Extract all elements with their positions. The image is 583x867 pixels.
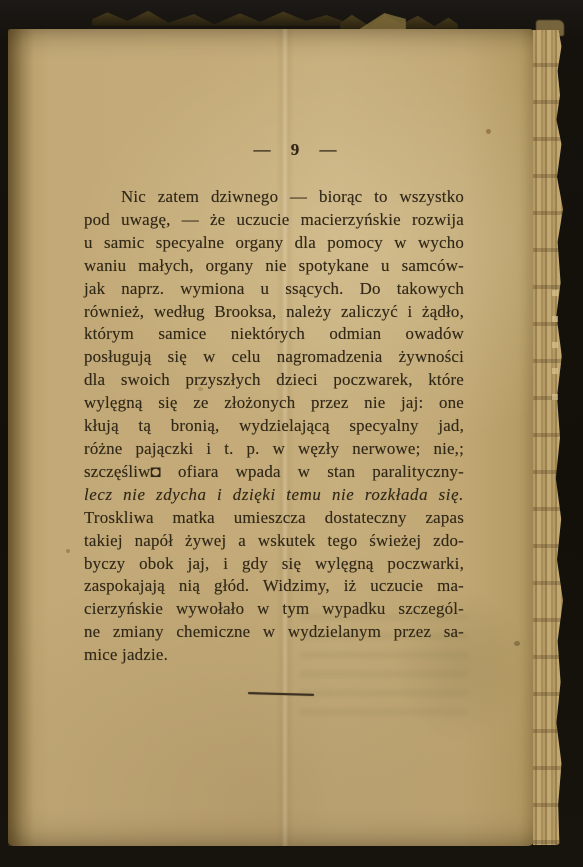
page-number: — 9 — <box>106 140 486 160</box>
text-line: którym samice niektórych odmian owadów <box>84 323 464 346</box>
body-text: Nic zatem dziwnego — biorąc to wszystkop… <box>84 186 464 667</box>
text-line: różne pajączki i t. p. w węzły nerwowe; … <box>84 438 464 461</box>
text-line: Troskliwa matka umieszcza dostateczny za… <box>84 507 464 530</box>
paper-speck <box>486 129 491 134</box>
text-line: u samic specyalne organy dla pomocy w wy… <box>84 232 464 255</box>
paper-speck <box>514 641 520 646</box>
torn-paper-debris <box>358 10 406 30</box>
text-line: ne zmiany chemiczne w wydzielanym przez … <box>84 621 464 644</box>
text-line: cierzyńskie wywołało w tym wypadku szcze… <box>84 598 464 621</box>
book-page: — 9 — Nic zatem dziwnego — biorąc to wsz… <box>8 29 536 846</box>
text-line: Nic zatem dziwnego — biorąc to wszystko <box>84 186 464 209</box>
text-line: szczęśliw◘ ofiara wpada w stan paralityc… <box>84 461 464 484</box>
text-line: wylęgną się ze złożonych przez nie jaj: … <box>84 392 464 415</box>
text-line: posługują się w celu nagromadzenia żywno… <box>84 346 464 369</box>
scanned-book-photo: — 9 — Nic zatem dziwnego — biorąc to wsz… <box>0 0 583 867</box>
paper-speck <box>66 549 70 553</box>
page-edges-stack <box>533 30 563 845</box>
gutter-shadow <box>8 29 34 846</box>
text-line: waniu małych, organy nie spotykane u sam… <box>84 255 464 278</box>
text-line: również, według Brooksa, należy zaliczyć… <box>84 301 464 324</box>
text-line: lecz nie zdycha i dzięki temu nie rozkła… <box>84 484 464 507</box>
text-line: kłują tą bronią, wydzielającą specyalny … <box>84 415 464 438</box>
text-line: takiej napół żywej a wskutek tego świeże… <box>84 530 464 553</box>
text-line: byczy obok jaj, i gdy się wylęgną poczwa… <box>84 553 464 576</box>
text-line: dla swoich przyszłych dzieci poczwarek, … <box>84 369 464 392</box>
text-line: pod uwagę, — że uczucie macierzyńskie ro… <box>84 209 464 232</box>
text-line: jak naprz. wymiona u ssących. Do takowyc… <box>84 278 464 301</box>
page-edges-highlight <box>552 290 558 410</box>
text-line: mice jadzie. <box>84 644 464 667</box>
torn-paper-debris <box>92 9 347 26</box>
text-line: zaspokajają nią głód. Widzimy, iż uczuci… <box>84 575 464 598</box>
